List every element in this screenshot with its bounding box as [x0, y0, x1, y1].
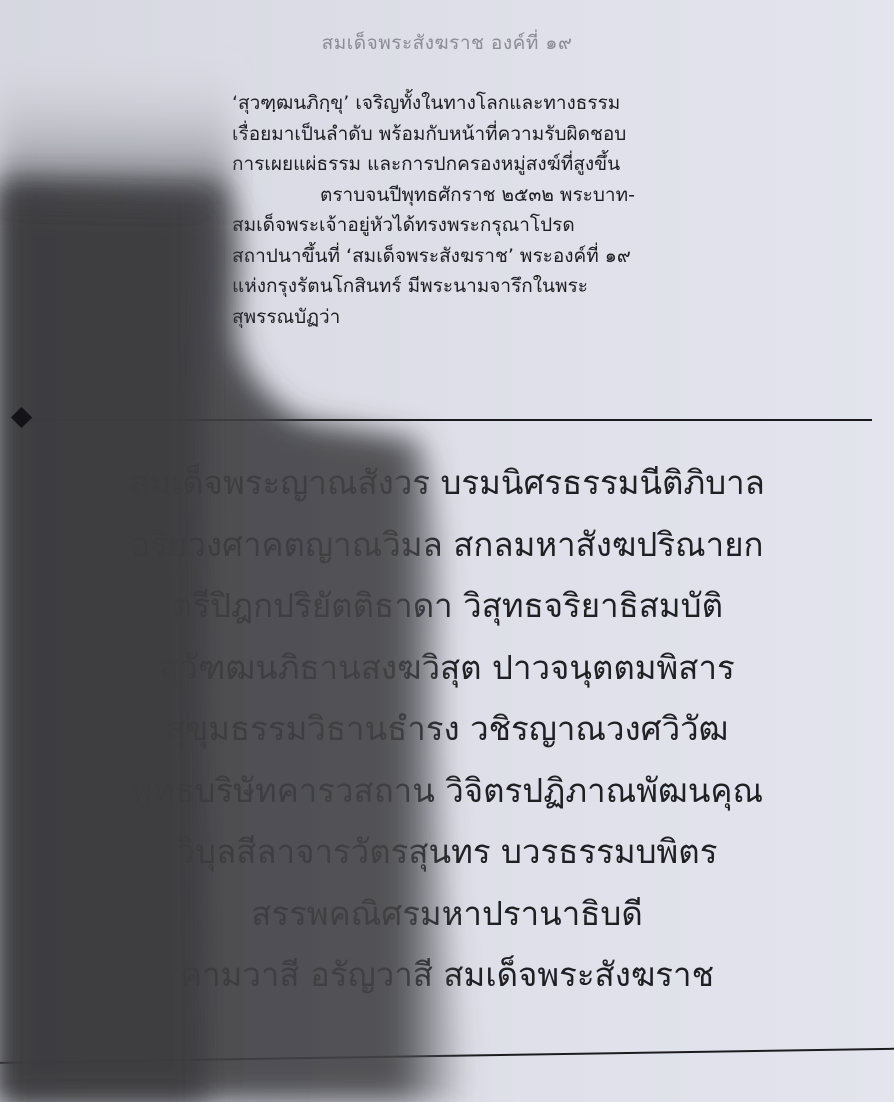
book-page: สมเด็จพระสังฆราช องค์ที่ ๑๙ ‘สุวฑฺฒนภิกฺ… [0, 0, 894, 1102]
royal-title-line: วิบุลสีลาจารวัตรสุนทร บวรธรรมบพิตร [0, 821, 894, 883]
royal-title-line: ตรีปิฎกปริยัตติธาดา วิสุทธจริยาธิสมบัติ [0, 575, 894, 637]
royal-title-line: สรรพคณิศรมหาปรานาธิบดี [0, 883, 894, 945]
divider-top [22, 419, 872, 421]
intro-line: การเผยแผ่ธรรม และการปกครองหมู่สงฆ์ที่สูง… [232, 149, 672, 180]
intro-line: แห่งกรุงรัตนโกสินทร์ มีพระนามจารึกในพระ [232, 271, 672, 302]
intro-line: เรื่อยมาเป็นลำดับ พร้อมกับหน้าที่ความรับ… [232, 119, 672, 150]
royal-title-block: สมเด็จพระญาณสังวร บรมนิศรธรรมนีติภิบาล อ… [0, 452, 894, 1006]
royal-title-line: สุขุมธรรมวิธานธำรง วชิรญาณวงศวิวัฒ [0, 698, 894, 760]
diamond-ornament-icon [11, 407, 32, 428]
intro-line: สถาปนาขึ้นที่ ‘สมเด็จพระสังฆราช’ พระองค์… [232, 241, 672, 272]
royal-title-line: สุวัฑฒนภิธานสงฆวิสุต ปาวจนุตตมพิสาร [0, 637, 894, 699]
royal-title-line: อริยวงศาคตญาณวิมล สกลมหาสังฆปริณายก [0, 514, 894, 576]
intro-line: สุพรรณบัฏว่า [232, 302, 672, 333]
royal-title-line: สมเด็จพระญาณสังวร บรมนิศรธรรมนีติภิบาล [0, 452, 894, 514]
divider-bottom [0, 1048, 894, 1064]
intro-paragraph: ‘สุวฑฺฒนภิกฺขุ’ เจริญทั้งในทางโลกและทางธ… [232, 88, 672, 332]
royal-title-line: พุทธบริษัทคารวสถาน วิจิตรปฏิภาณพัฒนคุณ [0, 760, 894, 822]
royal-title-line: คามวาสี อรัญวาสี สมเด็จพระสังฆราช [0, 944, 894, 1006]
intro-line: สมเด็จพระเจ้าอยู่หัวได้ทรงพระกรุณาโปรด [232, 210, 672, 241]
running-head: สมเด็จพระสังฆราช องค์ที่ ๑๙ [0, 28, 894, 58]
intro-line: ‘สุวฑฺฒนภิกฺขุ’ เจริญทั้งในทางโลกและทางธ… [232, 88, 672, 119]
intro-line: ตราบจนปีพุทธศักราช ๒๕๓๒ พระบาท- [232, 180, 672, 211]
